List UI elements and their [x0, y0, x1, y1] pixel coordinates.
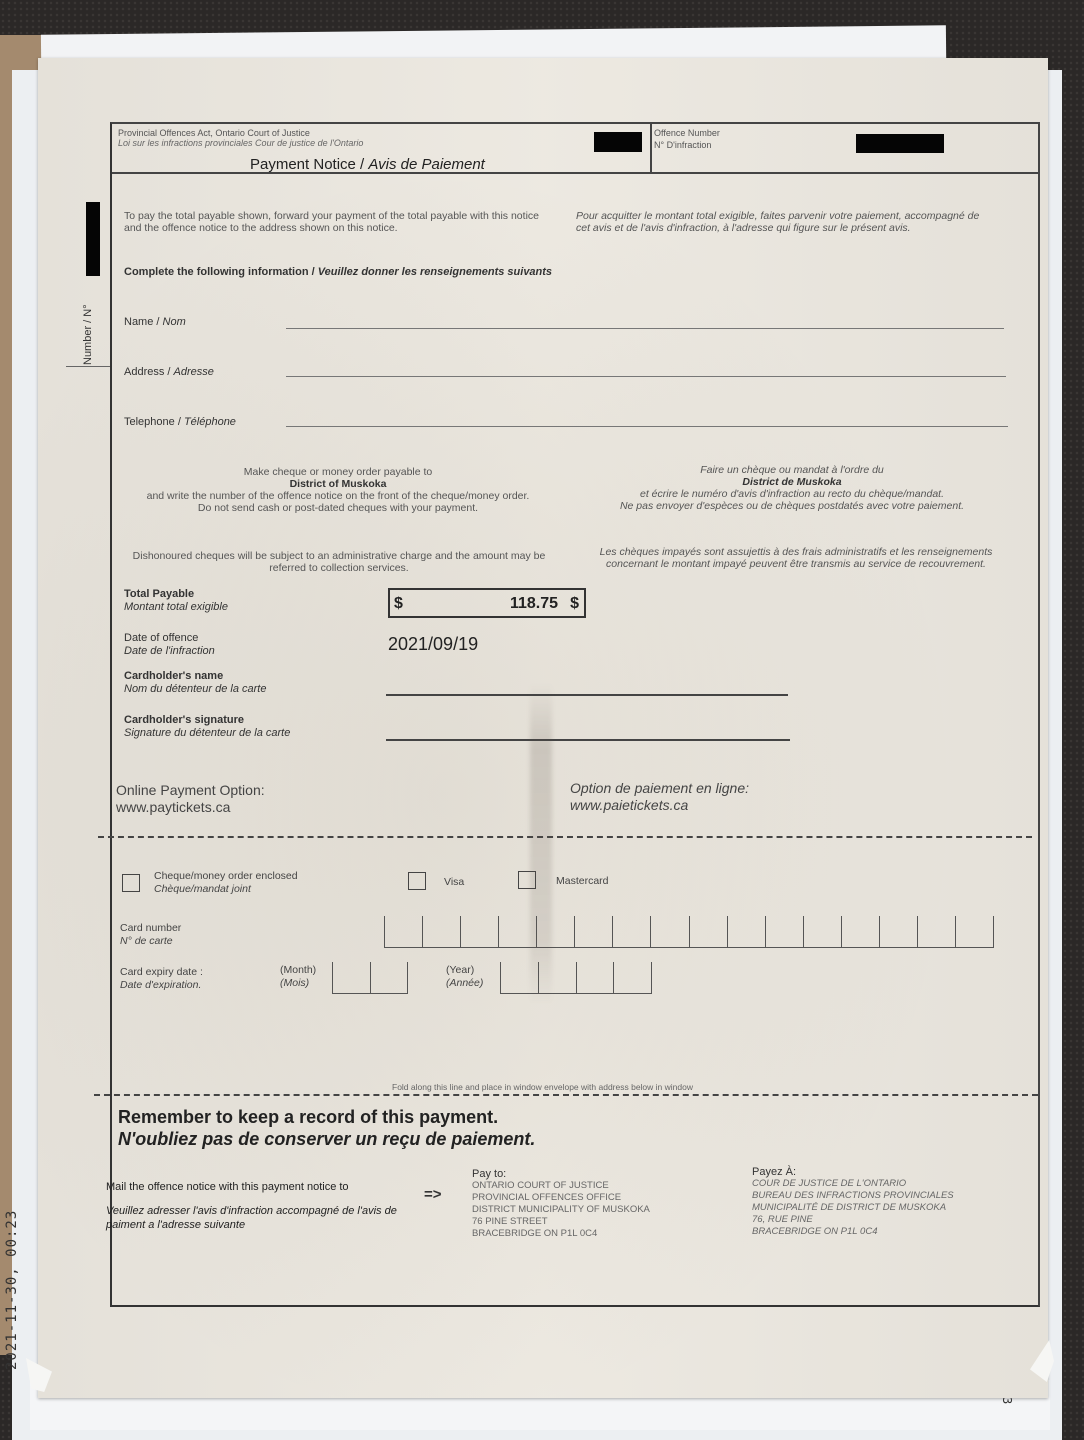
- digit-cell[interactable]: [650, 916, 688, 947]
- year-fr: (Année): [446, 977, 483, 990]
- digit-cell[interactable]: [574, 916, 612, 947]
- pay-to-heading-en: Pay to:: [472, 1168, 650, 1180]
- complete-fr: Veuillez donner les renseignements suiva…: [318, 266, 552, 278]
- cardholder-name-en: Cardholder's name: [124, 670, 266, 683]
- digit-cell[interactable]: [689, 916, 727, 947]
- mail-instruction-en: Mail the offence notice with this paymen…: [106, 1181, 349, 1193]
- mail-instruction-fr: Veuillez adresser l'avis d'infraction ac…: [106, 1204, 406, 1232]
- payment-notice-form: Provincial Offences Act, Ontario Court o…: [110, 122, 1040, 1307]
- address-label-en: Address /: [124, 366, 174, 378]
- cardholder-sig-en: Cardholder's signature: [124, 714, 290, 727]
- remember-en: Remember to keep a record of this paymen…: [118, 1106, 535, 1128]
- digit-cell[interactable]: [613, 962, 652, 993]
- cheque-fr-line: Ne pas envoyer d'espèces ou de chèques p…: [572, 500, 1012, 512]
- currency-symbol: $: [570, 595, 579, 613]
- cardholder-name-field[interactable]: [386, 694, 788, 696]
- card-number-input[interactable]: [384, 916, 994, 948]
- card-number-label: Card number N° de carte: [120, 922, 181, 948]
- header-divider: [650, 124, 652, 174]
- cheque-enclosed-label: Cheque/money order enclosed Chèque/manda…: [154, 870, 298, 896]
- card-expiry-label: Card expiry date : Date d'expiration.: [120, 966, 203, 992]
- page-title: Payment Notice / Avis de Paiement: [250, 156, 485, 173]
- pay-to-address-en: Pay to: ONTARIO COURT OF JUSTICE PROVINC…: [472, 1168, 650, 1240]
- telephone-label-en: Telephone /: [124, 416, 184, 428]
- cardholder-name-fr: Nom du détenteur de la carte: [124, 683, 266, 696]
- digit-cell[interactable]: [370, 962, 409, 993]
- cheque-payee-en: District of Muskoka: [118, 478, 558, 490]
- name-label-en: Name /: [124, 316, 163, 328]
- address-line: PROVINCIAL OFFENCES OFFICE: [472, 1192, 650, 1204]
- instructions-fr: Pour acquitter le montant total exigible…: [576, 210, 996, 234]
- title-fr: Avis de Paiement: [368, 156, 484, 173]
- total-amount: 118.75: [510, 595, 558, 613]
- month-en: (Month): [280, 964, 316, 977]
- cardholder-name-label: Cardholder's name Nom du détenteur de la…: [124, 670, 266, 696]
- digit-cell[interactable]: [332, 962, 370, 993]
- digit-cell[interactable]: [841, 916, 879, 947]
- name-field[interactable]: [286, 328, 1004, 329]
- dishonoured-notice-fr: Les chèques impayés sont assujettis à de…: [574, 546, 1018, 570]
- online-label-en: Online Payment Option:: [116, 782, 265, 799]
- card-number-fr: N° de carte: [120, 935, 181, 948]
- cardholder-sig-fr: Signature du détenteur de la carte: [124, 727, 290, 740]
- digit-cell[interactable]: [803, 916, 841, 947]
- remember-fr: N'oubliez pas de conserver un reçu de pa…: [118, 1128, 535, 1150]
- address-field[interactable]: [286, 376, 1006, 377]
- online-url-fr[interactable]: www.paietickets.ca: [570, 797, 749, 814]
- pay-to-heading-fr: Payez À:: [752, 1166, 954, 1178]
- digit-cell[interactable]: [727, 916, 765, 947]
- form-header: Provincial Offences Act, Ontario Court o…: [112, 124, 1038, 174]
- cheque-en-line: and write the number of the offence noti…: [118, 490, 558, 502]
- fold-line: [94, 1094, 1038, 1096]
- offence-number-label-en: Offence Number: [654, 128, 720, 138]
- address-label: Address / Adresse: [124, 366, 214, 378]
- remember-notice: Remember to keep a record of this paymen…: [118, 1106, 535, 1150]
- address-line: BUREAU DES INFRACTIONS PROVINCIALES: [752, 1190, 954, 1202]
- digit-cell[interactable]: [917, 916, 955, 947]
- total-payable-label: Total Payable Montant total exigible: [124, 588, 228, 614]
- cheque-enclosed-fr: Chèque/mandat joint: [154, 883, 298, 896]
- act-title-fr: Loi sur les infractions provinciales Cou…: [118, 138, 363, 148]
- fold-instruction: Fold along this line and place in window…: [392, 1082, 693, 1092]
- cheque-enclosed-en: Cheque/money order enclosed: [154, 870, 298, 883]
- total-label-en: Total Payable: [124, 588, 228, 601]
- digit-cell[interactable]: [612, 916, 650, 947]
- arrow-icon: =>: [424, 1186, 442, 1203]
- address-line: BRACEBRIDGE ON P1L 0C4: [472, 1228, 650, 1240]
- fold-stain: [530, 684, 552, 1004]
- address-line: COUR DE JUSTICE DE L'ONTARIO: [752, 1178, 954, 1190]
- complete-en: Complete the following information /: [124, 266, 318, 278]
- offence-number-redacted: [856, 134, 944, 153]
- address-line: DISTRICT MUNICIPALITY OF MUSKOKA: [472, 1204, 650, 1216]
- address-line: ONTARIO COURT OF JUSTICE: [472, 1180, 650, 1192]
- name-label-fr: Nom: [163, 316, 186, 328]
- stub-number-label: Number / N°: [82, 285, 102, 365]
- redaction-block: [86, 202, 100, 276]
- side-timestamp: 2021-11-30, 00:23: [4, 1190, 34, 1370]
- total-label-fr: Montant total exigible: [124, 601, 228, 614]
- expiry-month-input[interactable]: [332, 962, 408, 994]
- cardholder-signature-field[interactable]: [386, 739, 790, 741]
- offence-number-label-fr: N° D'infraction: [654, 140, 711, 150]
- stub-divider: [66, 366, 112, 367]
- digit-cell[interactable]: [460, 916, 498, 947]
- cheque-en-line: Make cheque or money order payable to: [118, 466, 558, 478]
- title-en: Payment Notice /: [250, 156, 368, 173]
- online-payment-en: Online Payment Option: www.paytickets.ca: [116, 782, 265, 816]
- month-fr: (Mois): [280, 977, 316, 990]
- cheque-fr-line: Faire un chèque ou mandat à l'ordre du: [572, 464, 1012, 476]
- telephone-label: Telephone / Téléphone: [124, 416, 236, 428]
- offence-date-label: Date of offence Date de l'infraction: [124, 632, 215, 658]
- offence-date-value: 2021/09/19: [388, 634, 478, 655]
- act-title-en: Provincial Offences Act, Ontario Court o…: [118, 128, 310, 138]
- address-line: 76 PINE STREET: [472, 1216, 650, 1228]
- cheque-payee-fr: District de Muskoka: [572, 476, 1012, 488]
- date-label-en: Date of offence: [124, 632, 215, 645]
- cheque-fr-line: et écrire le numéro d'avis d'infraction …: [572, 488, 1012, 500]
- name-label: Name / Nom: [124, 316, 186, 328]
- digit-cell[interactable]: [576, 962, 614, 993]
- dishonoured-notice-en: Dishonoured cheques will be subject to a…: [114, 550, 564, 574]
- address-line: BRACEBRIDGE ON P1L 0C4: [752, 1226, 954, 1238]
- online-payment-fr: Option de paiement en ligne: www.paietic…: [570, 780, 749, 814]
- digit-cell[interactable]: [955, 916, 994, 947]
- address-line: 76, RUE PINE: [752, 1214, 954, 1226]
- pay-to-address-fr: Payez À: COUR DE JUSTICE DE L'ONTARIO BU…: [752, 1166, 954, 1238]
- digit-cell[interactable]: [422, 916, 460, 947]
- address-line: MUNICIPALITÉ DE DISTRICT DE MUSKOKA: [752, 1202, 954, 1214]
- cheque-en-line: Do not send cash or post-dated cheques w…: [118, 502, 558, 514]
- cut-line: [98, 836, 1032, 838]
- instructions-en: To pay the total payable shown, forward …: [124, 210, 554, 234]
- digit-cell[interactable]: [879, 916, 917, 947]
- card-expiry-en: Card expiry date :: [120, 966, 203, 979]
- digit-cell[interactable]: [765, 916, 803, 947]
- total-payable-box: $ 118.75 $: [388, 588, 586, 618]
- online-label-fr: Option de paiement en ligne:: [570, 780, 749, 797]
- complete-info-heading: Complete the following information / Veu…: [124, 266, 552, 278]
- card-number-en: Card number: [120, 922, 181, 935]
- visa-checkbox[interactable]: [408, 872, 426, 890]
- cheque-instructions-en: Make cheque or money order payable to Di…: [118, 466, 558, 514]
- online-url-en[interactable]: www.paytickets.ca: [116, 799, 265, 816]
- cardholder-signature-label: Cardholder's signature Signature du déte…: [124, 714, 290, 740]
- year-en: (Year): [446, 964, 483, 977]
- address-label-fr: Adresse: [174, 366, 214, 378]
- card-expiry-fr: Date d'expiration.: [120, 979, 203, 992]
- telephone-label-fr: Téléphone: [184, 416, 236, 428]
- month-label: (Month) (Mois): [280, 964, 316, 990]
- redaction-block: [594, 132, 642, 152]
- date-label-fr: Date de l'infraction: [124, 645, 215, 658]
- expiry-year-input[interactable]: [500, 962, 652, 994]
- visa-label: Visa: [444, 876, 464, 889]
- year-label: (Year) (Année): [446, 964, 483, 990]
- cheque-instructions-fr: Faire un chèque ou mandat à l'ordre du D…: [572, 464, 1012, 512]
- currency-symbol: $: [394, 595, 403, 613]
- telephone-field[interactable]: [286, 426, 1008, 427]
- digit-cell[interactable]: [384, 916, 422, 947]
- cheque-enclosed-checkbox[interactable]: [122, 874, 140, 892]
- mastercard-label: Mastercard: [556, 875, 609, 888]
